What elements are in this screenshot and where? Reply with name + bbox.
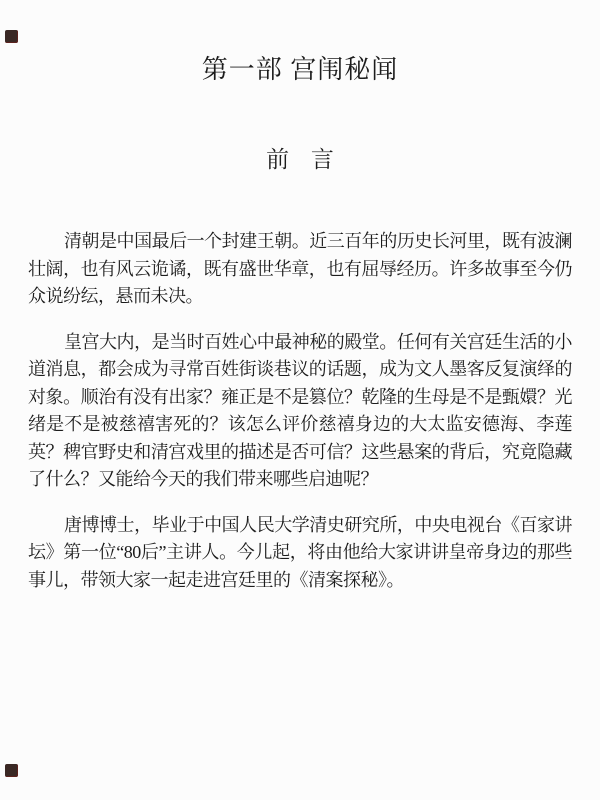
preface-heading: 前 言 [0,145,600,175]
preface-body: 清朝是中国最后一个封建王朝。近三百年的历史长河里，既有波澜壮阔，也有风云诡谲，既… [28,228,572,594]
preface-paragraph: 皇宫大内，是当时百姓心中最神秘的殿堂。任何有关宫廷生活的小道消息，都会成为寻常百… [28,329,572,494]
corner-mark-bottom-icon [5,764,18,777]
preface-paragraph: 唐博博士，毕业于中国人民大学清史研究所，中央电视台《百家讲坛》第一位“80后”主… [28,512,572,595]
part-title: 第一部 宫闱秘闻 [0,0,600,88]
ebook-page: 第一部 宫闱秘闻 前 言 清朝是中国最后一个封建王朝。近三百年的历史长河里，既有… [0,0,600,800]
preface-paragraph: 清朝是中国最后一个封建王朝。近三百年的历史长河里，既有波澜壮阔，也有风云诡谲，既… [28,228,572,311]
corner-mark-top-icon [5,30,18,43]
